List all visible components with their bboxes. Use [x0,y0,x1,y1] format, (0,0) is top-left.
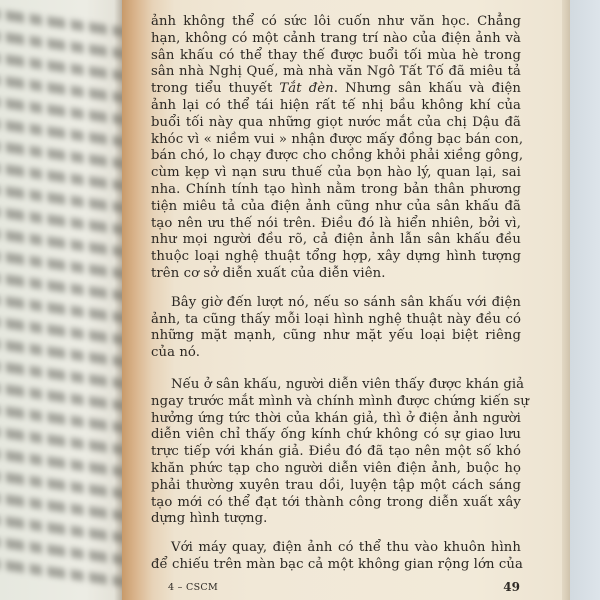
text-line: buổi tối này qua những giọt nước mắt của… [151,115,521,132]
paragraph-2: Bây giờ đến lượt nó, nếu so sánh sân khấ… [151,295,521,362]
paragraph-3: Nếu ở sân khấu, người diễn viên thấy đượ… [151,377,521,528]
text-line: dựng hình tượng. [151,511,521,528]
text-line: trên cơ sở diễn xuất của diễn viên. [151,266,521,283]
text-line: ảnh, ta cũng thấy mỗi loại hình nghệ thu… [151,312,521,329]
text-segment: trong tiểu thuyết [151,81,279,96]
page-body-text: ảnh không thể có sức lôi cuốn như văn họ… [151,14,521,574]
text-segment: . Nhưng sân khấu và điện [334,81,521,96]
left-page-blurred [0,0,122,600]
text-line: thuộc loại nghệ thuật tổng hợp, xây dựng… [151,249,521,266]
book-photo: ảnh không thể có sức lôi cuốn như văn họ… [0,0,600,600]
text-line: tạo nên ưu thế nói trên. Điều đó là hiển… [151,216,521,233]
text-line: Nếu ở sân khấu, người diễn viên thấy đượ… [151,377,521,394]
text-line: để chiếu trên màn bạc cả một không gian … [151,557,521,574]
text-line: ảnh lại có thể tái hiện rất tế nhị bầu k… [151,98,521,115]
text-line: sân khấu có thể thay thế được buổi tối m… [151,48,521,65]
page-edge [562,0,570,600]
paragraph-1: ảnh không thể có sức lôi cuốn như văn họ… [151,14,521,283]
text-line: nha. Chính tính tạo hình nằm trong bản t… [151,182,521,199]
text-line: ảnh không thể có sức lôi cuốn như văn họ… [151,14,521,31]
text-line: khăn phức tạp cho người diễn viên điện ả… [151,461,521,478]
text-line: tạo mới có thể đạt tới thành công trong … [151,495,521,512]
text-line-with-title: trong tiểu thuyết Tắt đèn. Nhưng sân khấ… [151,81,521,98]
text-line: sân nhà Nghị Quế, mà nhà văn Ngô Tất Tố … [151,64,521,81]
text-line: cùm kẹp vì nạn sưu thuế của bọn hào lý, … [151,165,521,182]
text-line: của nó. [151,345,521,362]
text-line: hưởng ứng tức thời của khán giả, thì ở đ… [151,411,521,428]
text-line: như mọi người đều rõ, cả điện ảnh lẫn sâ… [151,232,521,249]
paragraph-4: Với máy quay, điện ảnh có thể thu vào kh… [151,540,521,574]
background [570,0,600,600]
text-line: Với máy quay, điện ảnh có thể thu vào kh… [151,540,521,557]
text-line: trực tiếp với khán giả. Điều đó đã tạo n… [151,444,521,461]
novel-title: Tắt đèn [279,81,333,96]
page-number: 49 [503,580,520,594]
text-line: bán chó, lo chạy được cho chồng khỏi phả… [151,148,521,165]
text-line: hạn, không có một cảnh trang trí nào của… [151,31,521,48]
signature-mark: 4 – CSCM [168,582,218,593]
text-line: những mặt mạnh, cũng như mặt yếu loại bi… [151,328,521,345]
text-line: diễn viên chỉ thấy ống kính chứ không có… [151,427,521,444]
text-line: tiện miêu tả của điện ảnh cũng như của s… [151,199,521,216]
text-line: Bây giờ đến lượt nó, nếu so sánh sân khấ… [151,295,521,312]
text-line: khóc vì « niềm vui » nhận được mấy đồng … [151,132,521,149]
text-line: phải thường xuyên trau dồi, luyện tập mộ… [151,478,521,495]
text-line: ngay trước mắt mình và chính mình được c… [151,394,521,411]
blurred-text [0,0,122,600]
